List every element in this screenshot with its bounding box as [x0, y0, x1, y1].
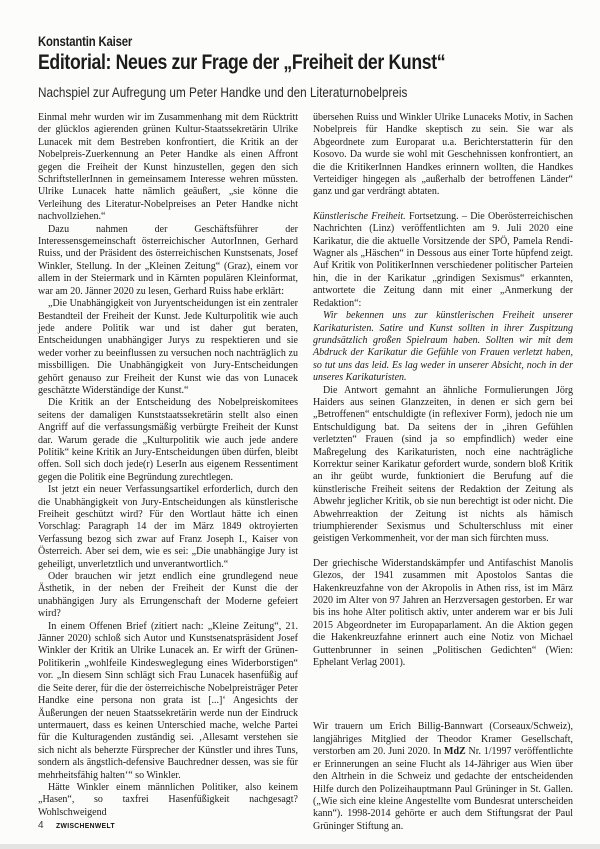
article-subtitle-text: Nachspiel zur Aufregung um Peter Handke … — [38, 84, 407, 101]
section-lead: Künstlerische Freiheit. — [313, 211, 406, 222]
right-column: übersehen Ruiss und Winkler Ulrike Lunac… — [313, 112, 573, 833]
page-footer: 4 ZWISCHENWELT — [38, 820, 121, 831]
article-header: Konstantin Kaiser Editorial: Neues zur F… — [38, 34, 578, 101]
article-paragraph: übersehen Ruiss und Winkler Ulrike Lunac… — [313, 112, 573, 199]
article-paragraph: Dazu nahmen der Geschäftsführer der Inte… — [38, 224, 298, 298]
article-author: Konstantin Kaiser — [38, 34, 578, 49]
magazine-page: Konstantin Kaiser Editorial: Neues zur F… — [0, 0, 600, 849]
page-number: 4 — [38, 820, 44, 831]
left-column: Einmal mehr wurden wir im Zusammenhang m… — [38, 112, 298, 833]
article-quote-paragraph: Wir bekennen uns zur künstlerischen Frei… — [313, 310, 573, 384]
article-author-text: Konstantin Kaiser — [38, 34, 132, 49]
article-paragraph: „Die Unabhängigkeit von Juryentscheidung… — [38, 298, 298, 397]
section-text: Fortsetzung. – Die Oberösterreichischen … — [313, 211, 573, 309]
article-paragraph: Künstlerische Freiheit. Fortsetzung. – D… — [313, 211, 573, 310]
article-paragraph: Der griechische Widerstandskämpfer und A… — [313, 558, 573, 670]
article-obituary-paragraph: Wir trauern um Erich Billig-Bannwart (Co… — [313, 721, 573, 833]
article-paragraph: Die Antwort gemahnt an ähnliche Formulie… — [313, 385, 573, 546]
article-paragraph: Die Kritik an der Entscheidung des Nobel… — [38, 397, 298, 484]
article-subtitle: Nachspiel zur Aufregung um Peter Handke … — [38, 84, 578, 101]
obituary-text: Nr. 1/1997 veröffentlichte er Erinnerung… — [313, 746, 573, 831]
article-paragraph: Ist jetzt ein neuer Verfassungsartikel e… — [38, 484, 298, 571]
article-paragraph: Oder brauchen wir jetzt endlich eine gru… — [38, 571, 298, 621]
article-paragraph: In einem Offenen Brief (zitiert nach: „K… — [38, 621, 298, 782]
article-body: Einmal mehr wurden wir im Zusammenhang m… — [38, 112, 573, 833]
journal-abbreviation: MdZ — [444, 746, 466, 757]
article-paragraph: Hätte Winkler einem männlichen Politiker… — [38, 782, 298, 819]
scan-edge — [0, 844, 600, 849]
article-title: Editorial: Neues zur Frage der „Freiheit… — [38, 50, 578, 75]
journal-name: ZWISCHENWELT — [56, 821, 115, 830]
article-paragraph: Einmal mehr wurden wir im Zusammenhang m… — [38, 112, 298, 224]
article-title-text: Editorial: Neues zur Frage der „Freiheit… — [38, 50, 445, 75]
